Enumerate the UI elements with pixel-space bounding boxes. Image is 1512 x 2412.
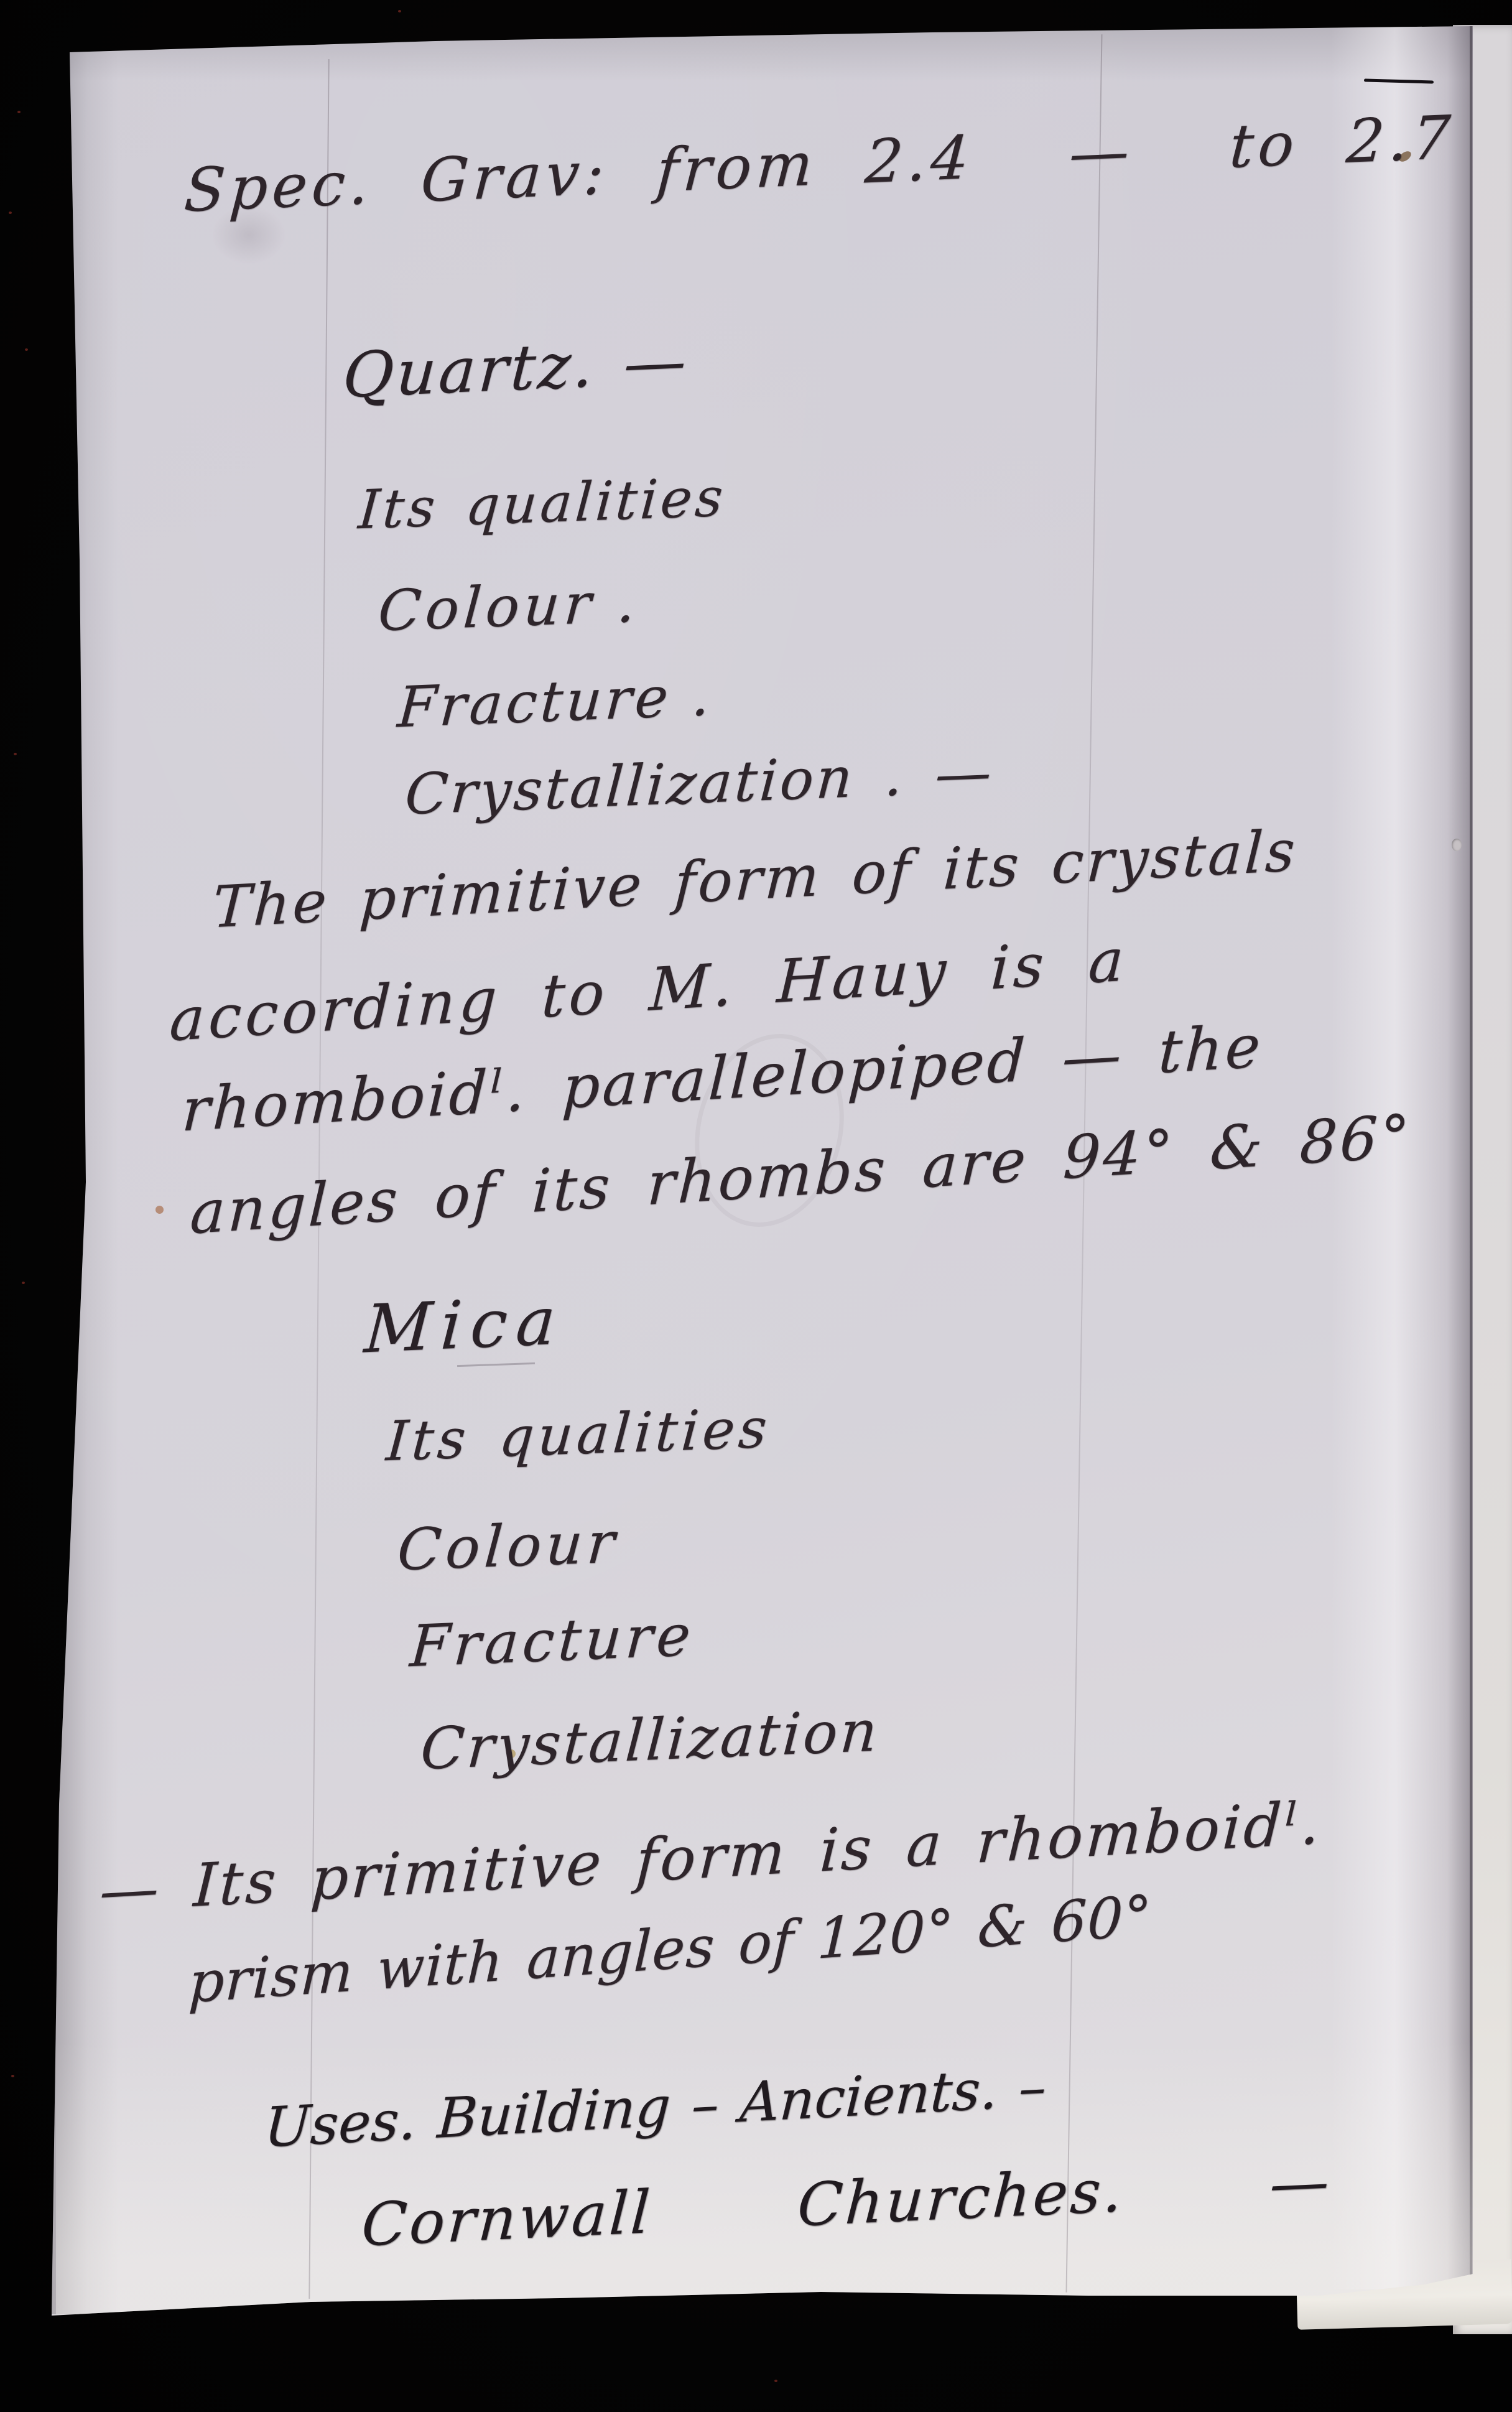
dust-speck (9, 212, 12, 214)
mica-property: Fracture (408, 1602, 696, 1680)
dust-speck (25, 348, 28, 351)
uses-location-line: Cornwall Churches. — (359, 2147, 1333, 2260)
mica-heading: Mica (362, 1282, 566, 1367)
dust-speck (22, 1282, 25, 1284)
dust-speck (398, 10, 401, 12)
fore-edge-crease (1470, 26, 1472, 2277)
mica-property: Colour (395, 1509, 621, 1584)
dust-speck (774, 2380, 777, 2382)
quartz-property: Colour . (376, 569, 642, 644)
scanned-photo: Spec. Grav: from 2.4 — to 2.7 — Quartz. … (0, 0, 1512, 2412)
paper-crack (1364, 78, 1434, 83)
mica-property: Crystallization (419, 1697, 881, 1782)
quartz-paragraph-line: The primitive form of its crystals (211, 817, 1299, 941)
foxing-spot (155, 1206, 164, 1214)
uses-line: Uses. Building – Ancients. – (263, 2054, 1048, 2159)
quartz-property: Fracture . (396, 663, 715, 741)
paper-pit (1452, 839, 1462, 851)
quartz-property: Its qualities (356, 466, 728, 541)
mica-property: Its qualities (384, 1395, 773, 1473)
dust-speck (11, 2075, 14, 2077)
line-spec-grav: Spec. Grav: from 2.4 — to 2.7 — (182, 96, 1512, 226)
gutter-shadow (50, 44, 118, 2314)
top-edge-shadow (62, 25, 1474, 81)
dust-speck (17, 111, 21, 113)
quartz-heading: Quartz. — (341, 324, 691, 412)
dust-speck (14, 753, 17, 755)
quartz-property: Crystallization . — (403, 740, 996, 828)
manuscript-page: Spec. Grav: from 2.4 — to 2.7 — Quartz. … (0, 0, 1512, 2412)
